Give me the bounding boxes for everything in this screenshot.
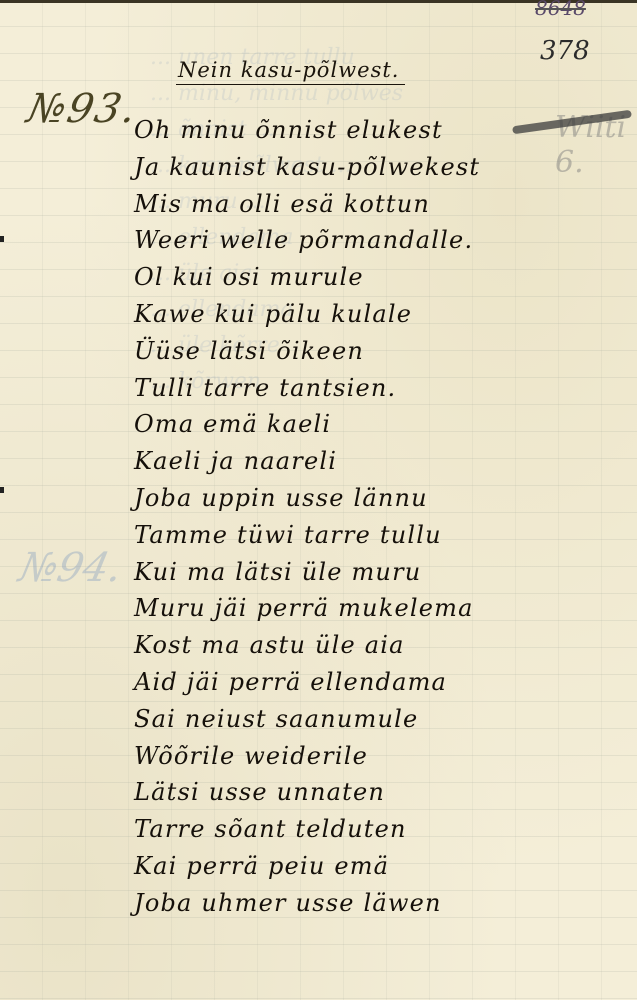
verse-line: Tamme tüwi tarre tullu (134, 517, 614, 554)
verse-line: Lätsi usse unnaten (134, 774, 614, 811)
bleed-through-song-number: №94. (15, 545, 126, 591)
verse-line: Mis ma olli esä kottun (134, 186, 614, 223)
verse-line: Muru jäi perrä mukelema (134, 590, 614, 627)
verse-line: Wõõrile weiderile (134, 738, 614, 775)
page-number: 378 (540, 36, 590, 66)
verse-line: Joba uppin usse lännu (134, 480, 614, 517)
verse-line: Weeri welle põrmandalle. (134, 222, 614, 259)
verse-line: Joba uhmer usse läwen (134, 885, 614, 922)
verse-line: Oh minu õnnist elukest (134, 112, 614, 149)
manuscript-page: ... unen tarre tullu ... minu, minnu põl… (0, 0, 637, 1000)
verse-line: Kawe kui pälu kulale (134, 296, 614, 333)
verse-line: Kost ma astu üle aia (134, 627, 614, 664)
verse-line: Üüse lätsi õikeen (134, 333, 614, 370)
verse-line: Ol kui osi murule (134, 259, 614, 296)
verse-line: Kui ma lätsi üle muru (134, 554, 614, 591)
verse-line: Sai neiust saanumule (134, 701, 614, 738)
verse-line: Kaeli ja naareli (134, 443, 614, 480)
verse-line: Aid jäi perrä ellendama (134, 664, 614, 701)
edge-notch (0, 487, 4, 493)
verse-line: Kai perrä peiu emä (134, 848, 614, 885)
verse-line: Oma emä kaeli (134, 406, 614, 443)
verse-line: Tarre sõant telduten (134, 811, 614, 848)
verse-line: Tulli tarre tantsien. (134, 370, 614, 407)
song-title: Nein kasu-põlwest. (176, 58, 405, 85)
old-page-number: 8648 (535, 0, 586, 20)
verse-lines: Oh minu õnnist elukest Ja kaunist kasu-p… (134, 112, 614, 922)
verse-line: Ja kaunist kasu-põlwekest (134, 149, 614, 186)
song-number: №93. (23, 86, 142, 132)
edge-notch (0, 236, 4, 242)
